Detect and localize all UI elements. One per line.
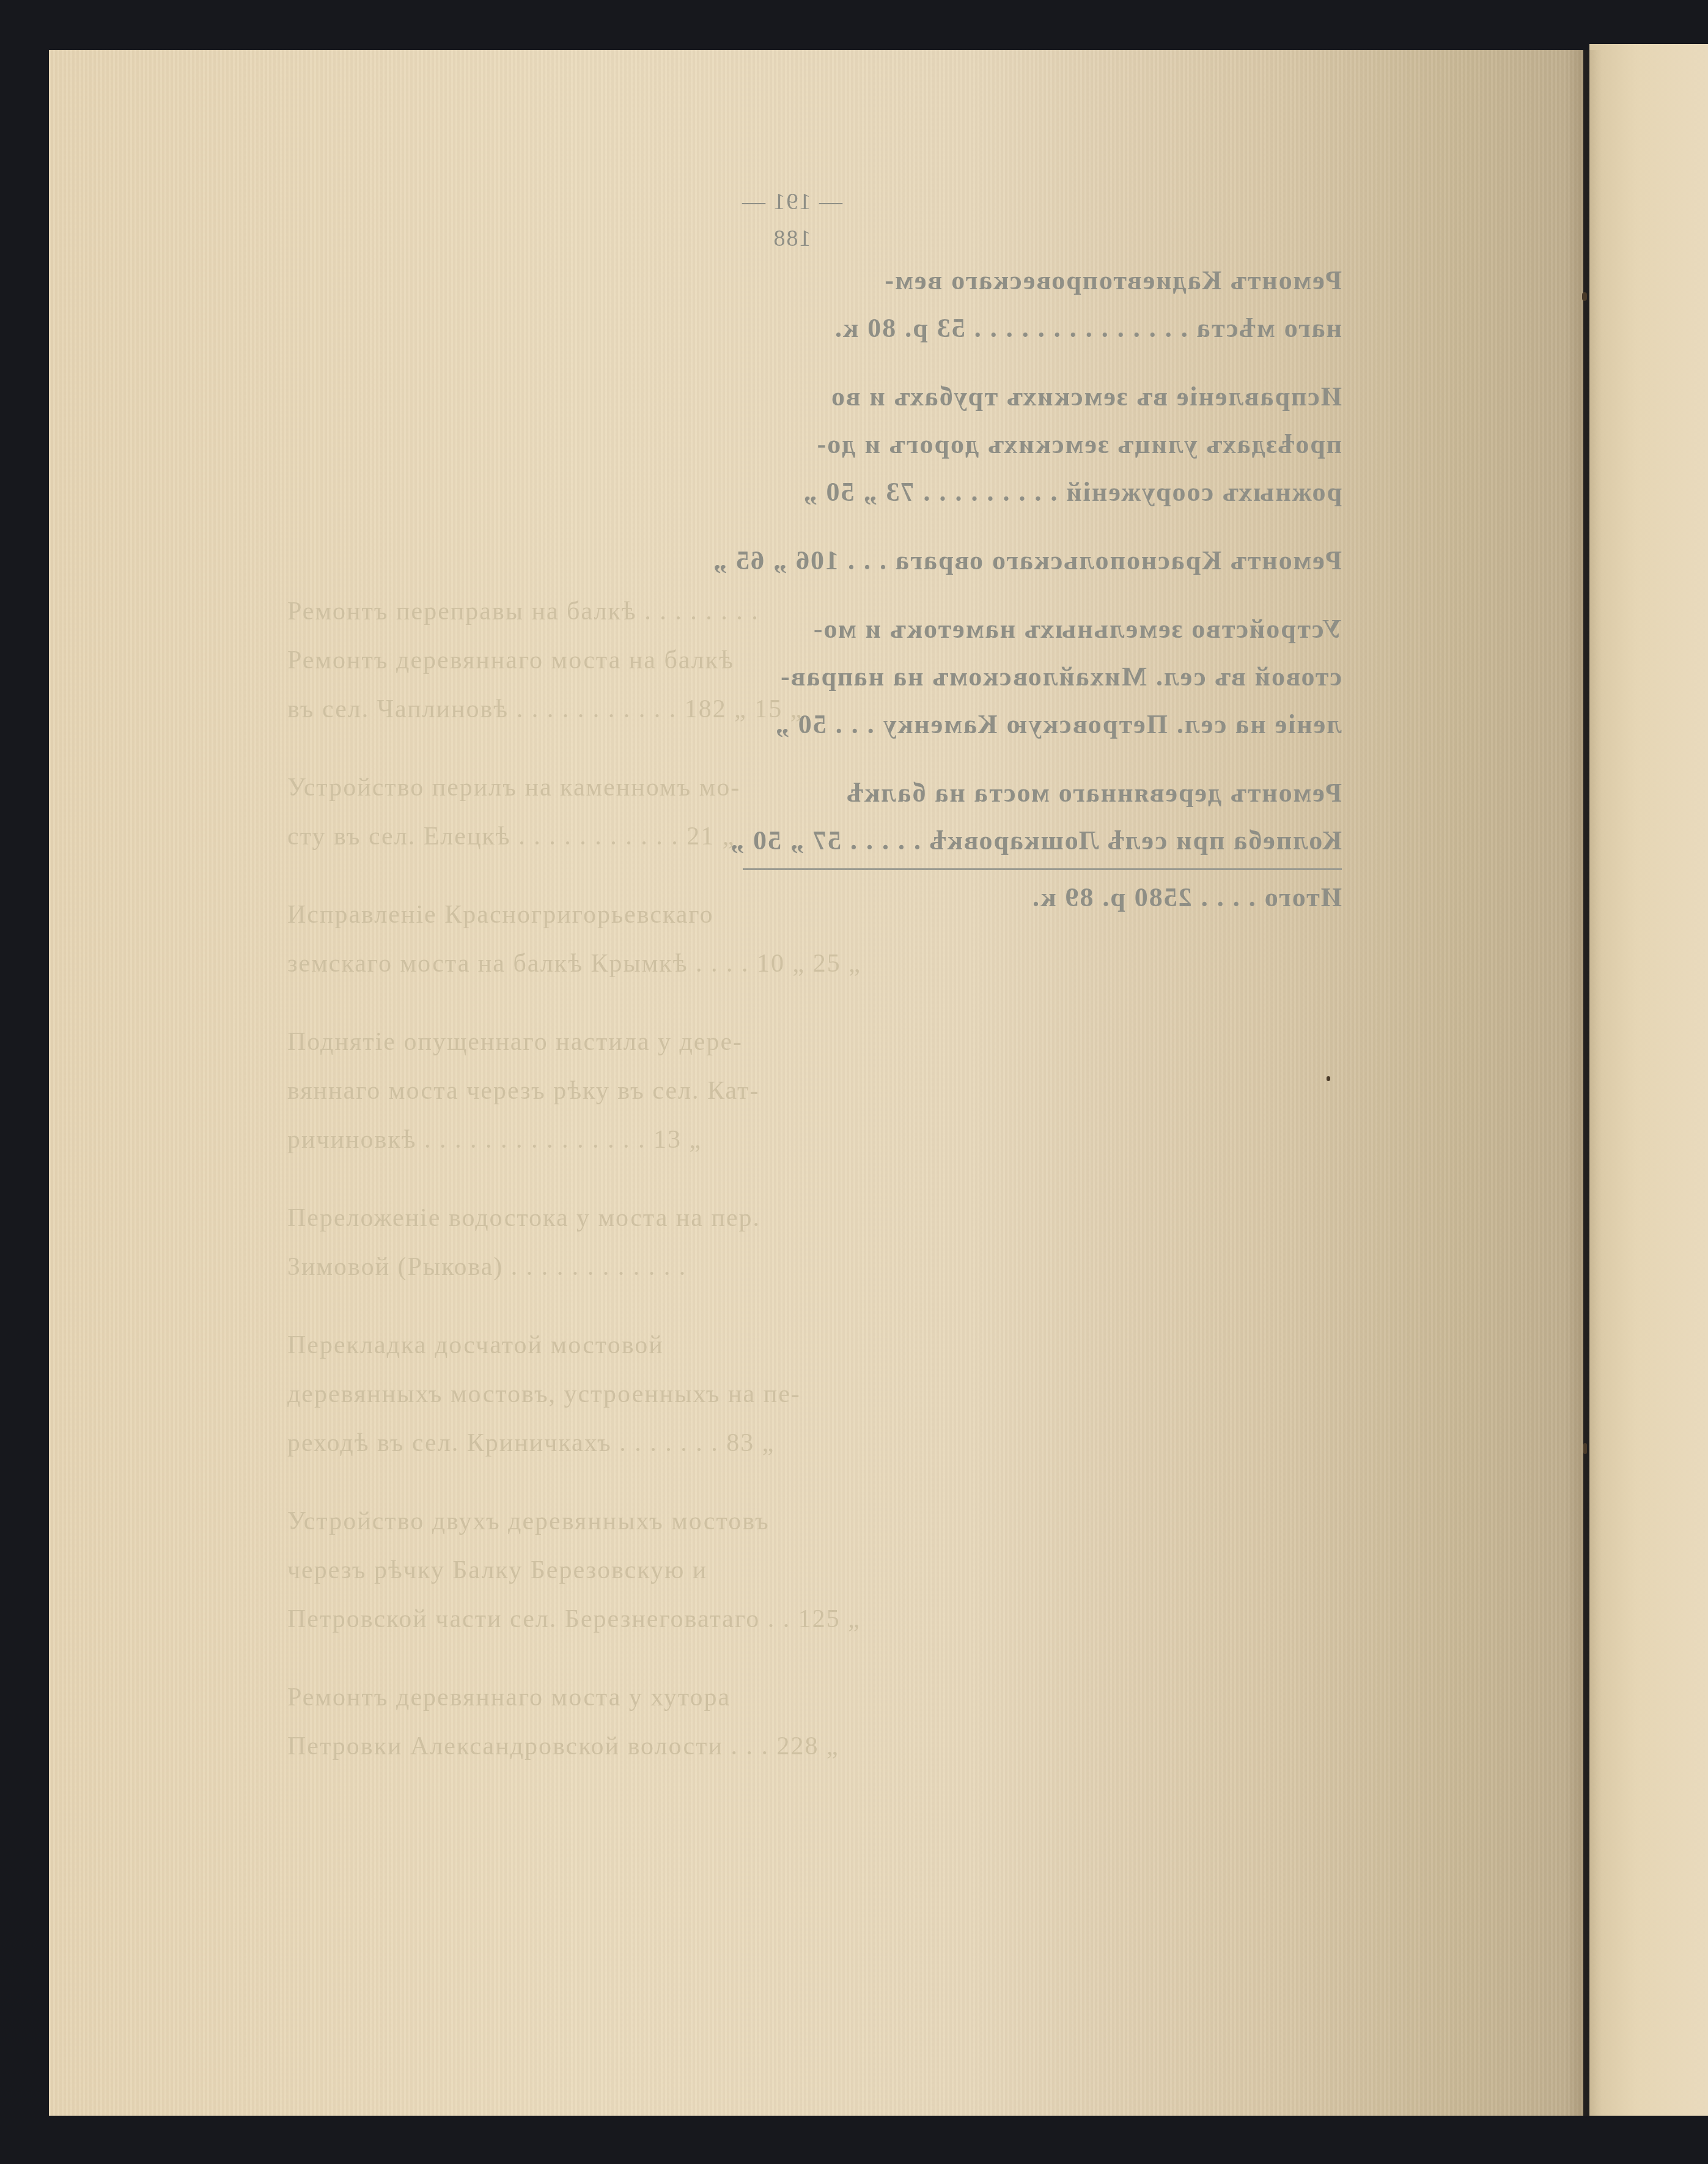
- text-line: Поднятіе опущеннаго настила у дере-: [287, 1017, 1204, 1066]
- text-line: Зимовой (Рыкова) . . . . . . . . . . . .: [287, 1243, 1204, 1291]
- text-line: наго мѣста . . . . . . . . . . . . . . 5…: [241, 305, 1342, 352]
- text-line: ричиновкѣ . . . . . . . . . . . . . . . …: [287, 1115, 1204, 1164]
- text-line: вяннаго моста черезъ рѣку въ сел. Кат-: [287, 1066, 1204, 1115]
- text-line: Петровской части сел. Березнеговатаго . …: [287, 1595, 1204, 1644]
- text-line: черезъ рѣчку Балку Березовскую и: [287, 1546, 1204, 1595]
- text-line: рожныхъ сооруженій . . . . . . . . . 73 …: [241, 468, 1342, 516]
- facing-page-edge: [1589, 44, 1708, 2116]
- text-line: реходѣ въ сел. Криничкахъ . . . . . . . …: [287, 1419, 1204, 1468]
- total-divider: [743, 868, 1342, 870]
- text-line: Ремонтъ Краснопольскаго оврага . . . 106…: [241, 537, 1342, 585]
- text-line: деревянныхъ мостовъ, устроенныхъ на пе-: [287, 1370, 1204, 1419]
- text-line: Устройство земельныхъ наметокъ и мо-: [241, 605, 1342, 653]
- text-line: Устройство двухъ деревянныхъ мостовъ: [287, 1497, 1204, 1546]
- page-number: — 191 —: [241, 183, 1342, 220]
- page-fold-shadow: [1565, 50, 1602, 2116]
- text-line: Перекладка досчатой мостовой: [287, 1321, 1204, 1370]
- text-line: леніе на сел. Петровскую Каменку . . . 5…: [241, 701, 1342, 748]
- text-line: Колпеба при селѣ Лошкаровкѣ . . . . . 57…: [241, 817, 1342, 865]
- text-line: земскаго моста на балкѣ Крымкѣ . . . . 1…: [287, 939, 1204, 988]
- text-line: Ремонтъ деревяннаго моста на балкѣ: [241, 769, 1342, 817]
- text-line: Ремонтъ Кадиевтопровескаго вем-: [241, 257, 1342, 305]
- total-line: Итого . . . . 2580 р. 89 к.: [241, 874, 1342, 921]
- text-line: проѣздахъ улицъ земскихъ дорогъ и до-: [241, 421, 1342, 468]
- text-line: Переложеніе водостока у моста на пер.: [287, 1194, 1204, 1243]
- text-line: Ремонтъ деревяннаго моста у хутора: [287, 1673, 1204, 1722]
- page-number: 188: [241, 220, 1342, 257]
- text-line: Исправленіе въ земскихъ трубахъ и во: [241, 373, 1342, 421]
- mirrored-text-block: — 191 — 188 Ремонтъ Кадиевтопровескаго в…: [241, 183, 1342, 921]
- text-line: Петровки Александровской волости . . . 2…: [287, 1722, 1204, 1771]
- text-line: стовой въ сел. Михайловскомъ на направ-: [241, 653, 1342, 701]
